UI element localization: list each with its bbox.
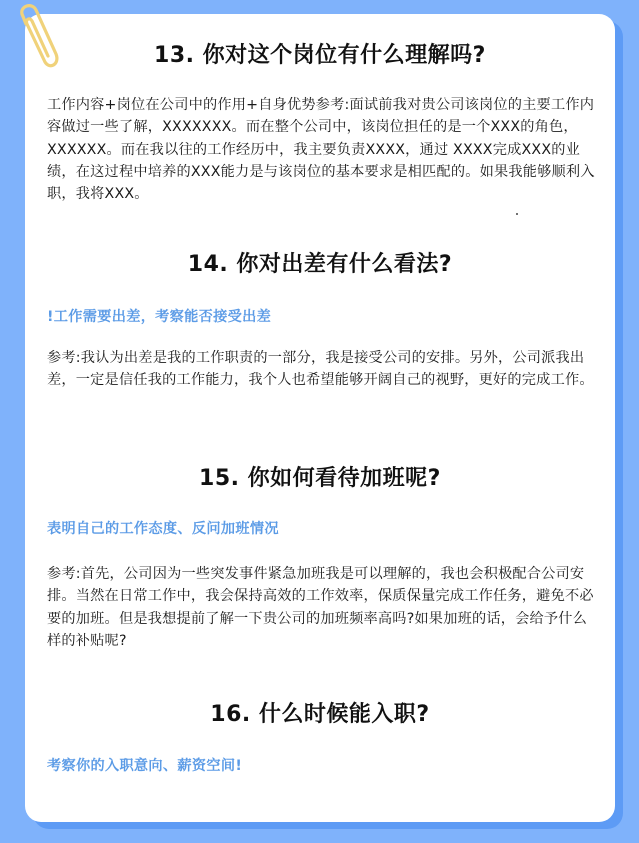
question-14-answer: 参考:我认为出差是我的工作职责的一部分，我是接受公司的安排。另外，公司派我出差，… — [47, 347, 597, 392]
question-14-hint: !工作需要出差，考察能否接受出差 — [47, 306, 597, 326]
question-16-hint: 考察你的入职意向、薪资空间! — [47, 755, 597, 775]
content-card: 13. 你对这个岗位有什么理解吗? 工作内容+岗位在公司中的作用+自身优势参考:… — [25, 14, 615, 822]
question-15-hint: 表明自己的工作态度、反问加班情况 — [47, 518, 597, 538]
question-16-title: 16. 什么时候能入职? — [25, 697, 615, 728]
stray-dot — [516, 213, 518, 215]
paperclip-icon — [12, 2, 62, 72]
question-13-answer: 工作内容+岗位在公司中的作用+自身优势参考:面试前我对贵公司该岗位的主要工作内容… — [47, 94, 597, 205]
question-13-title: 13. 你对这个岗位有什么理解吗? — [25, 38, 615, 69]
question-14-title: 14. 你对出差有什么看法? — [25, 247, 615, 278]
question-15-title: 15. 你如何看待加班呢? — [25, 461, 615, 492]
question-15-answer: 参考:首先，公司因为一些突发事件紧急加班我是可以理解的，我也会积极配合公司安排。… — [47, 563, 597, 652]
